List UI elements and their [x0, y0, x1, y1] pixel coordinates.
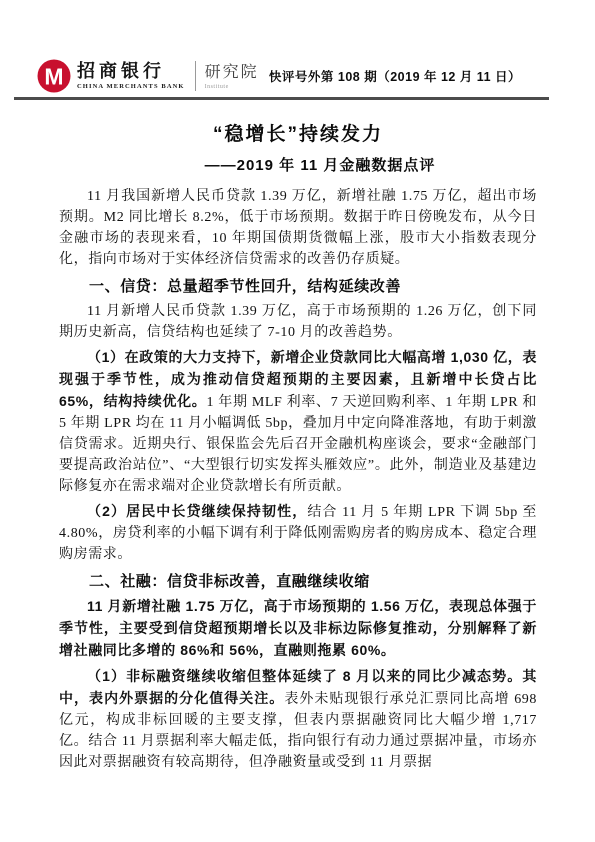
report-page: M 招商银行 CHINA MERCHANTS BANK 研究院 Institut… — [0, 0, 595, 842]
paragraph: （1）在政策的大力支持下，新增企业贷款同比大幅高增 1,030 亿，表现强于季节… — [59, 347, 537, 497]
svg-text:M: M — [44, 64, 63, 90]
paragraph: 11 月新增人民币贷款 1.39 万亿，高于市场预期的 1.26 万亿，创下同期… — [59, 301, 537, 343]
text-run: 一、信贷：总量超季节性回升，结构延续改善 — [89, 278, 401, 295]
paragraph: （2）居民中长贷继续保持韧性，结合 11 月 5 年期 LPR 下调 5bp 至… — [59, 501, 537, 565]
text-run: 1 年期 MLF 利率、7 天逆回购利率、1 年期 LPR 和 5 年期 LPR… — [59, 395, 537, 494]
page-subtitle: ——2019 年 11 月金融数据点评 — [59, 156, 537, 176]
paragraph: 11 月新增社融 1.75 万亿，高于市场预期的 1.56 万亿，表现总体强于季… — [59, 596, 537, 662]
document-main: “稳增长”持续发力 ——2019 年 11 月金融数据点评 11 月我国新增人民… — [59, 122, 537, 777]
header-rule — [14, 97, 549, 100]
page-number: 1 — [0, 754, 595, 766]
dept-block: 研究院 Institute — [205, 63, 259, 90]
section-heading: 二、社融：信贷非标改善，直融继续收缩 — [59, 571, 537, 592]
text-run: 11 月新增社融 1.75 万亿，高于市场预期的 1.56 万亿，表现总体强于季… — [59, 598, 537, 658]
header-vertical-divider — [195, 61, 196, 91]
page-header: M 招商银行 CHINA MERCHANTS BANK 研究院 Institut… — [37, 59, 545, 93]
paragraph: 11 月我国新增人民币贷款 1.39 万亿，新增社融 1.75 万亿，超出市场预… — [59, 186, 537, 270]
cmb-logo-icon: M — [37, 59, 71, 93]
text-run: 11 月我国新增人民币贷款 1.39 万亿，新增社融 1.75 万亿，超出市场预… — [59, 189, 537, 267]
text-run: 二、社融：信贷非标改善，直融继续收缩 — [89, 573, 370, 590]
text-run: 11 月新增人民币贷款 1.39 万亿，高于市场预期的 1.26 万亿，创下同期… — [59, 304, 537, 340]
page-title: “稳增长”持续发力 — [59, 122, 537, 148]
section-heading: 一、信贷：总量超季节性回升，结构延续改善 — [59, 276, 537, 297]
dept-name: 研究院 — [205, 64, 259, 82]
dept-subtitle: Institute — [205, 84, 259, 90]
issue-line: 快评号外第 108 期（2019 年 12 月 11 日） — [269, 67, 521, 85]
bank-name: 招商银行 — [77, 62, 185, 81]
document-body: 11 月我国新增人民币贷款 1.39 万亿，新增社融 1.75 万亿，超出市场预… — [59, 186, 537, 773]
bank-name-en: CHINA MERCHANTS BANK — [77, 83, 185, 90]
bank-name-block: 招商银行 CHINA MERCHANTS BANK — [77, 62, 185, 90]
text-run: （2）居民中长贷继续保持韧性， — [87, 503, 307, 519]
